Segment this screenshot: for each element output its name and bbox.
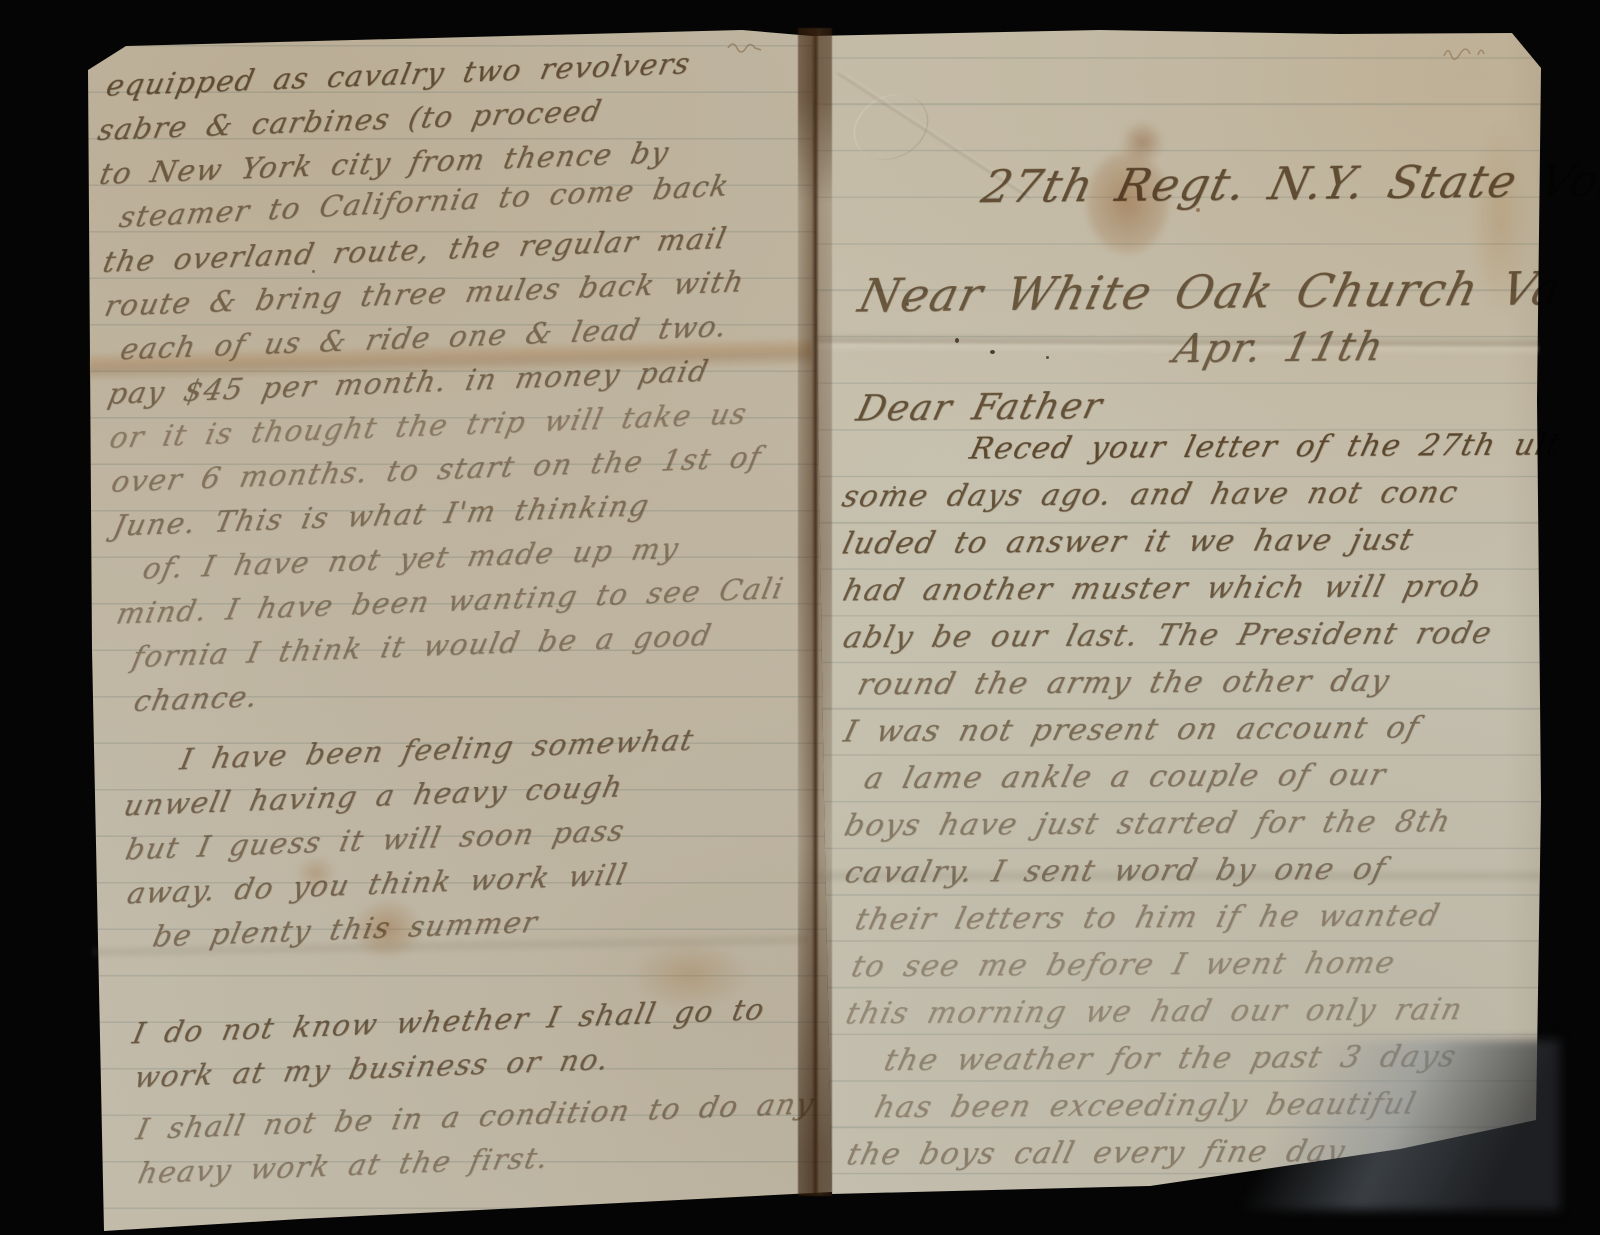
handwriting-line: some days ago. and have not conc [837,469,1540,521]
handwriting-line: this morning we had our only rain [841,986,1544,1038]
right-page-header: 27th Regt. N.Y. State Vol Near White Oak… [855,152,1534,433]
handwriting-line: the boys call every fine day [842,1127,1545,1179]
handwriting-line: has been exceedingly beautiful [869,1080,1544,1132]
handwriting-line: boys have just started for the 8th [839,798,1542,850]
fold-pencil-mark [724,34,774,56]
handwriting-line: round the army the other day [852,657,1541,709]
handwriting-line: to see me before I went home [846,939,1543,991]
left-page-writing: equipped as cavalry two revolverssabre &… [96,37,845,1195]
center-fold-crease [798,28,832,1196]
regiment-line: 27th Regt. N.Y. State Vol [976,152,1538,216]
date-line: Apr. 11th [1169,320,1539,374]
handwriting-line: I was not present on account of [839,704,1542,756]
handwriting-line: Reced your letter of the 27th ult [965,422,1540,473]
handwriting-line: their letters to him if he wanted [850,892,1543,944]
location-line: Near White Oak Church Va [853,258,1539,325]
handwriting-line: ably be our last. The President rode [838,610,1541,662]
handwriting-line: cavalry. I sent word by one of [840,845,1543,897]
handwriting-line: luded to answer it we have just [838,516,1541,568]
handwriting-line: a lame ankle a couple of our [859,751,1542,803]
corner-pencil-mark [1440,42,1500,62]
right-page-writing: Reced your letter of the 27th ultsome da… [842,422,1539,1179]
letter-photograph: equipped as cavalry two revolverssabre &… [0,0,1600,1235]
handwriting-line: the weather for the past 3 days [879,1033,1544,1085]
handwriting-line: had another muster which will prob [838,563,1541,615]
